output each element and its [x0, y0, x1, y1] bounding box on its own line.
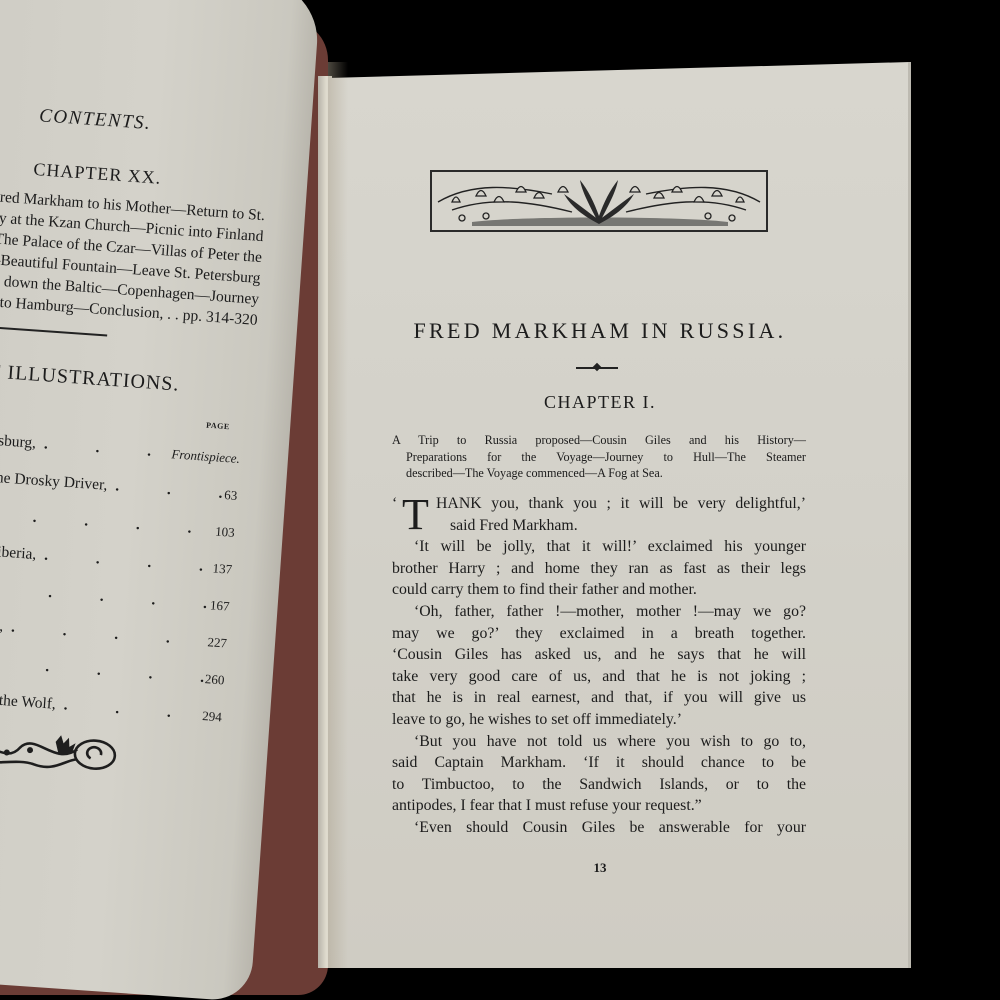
text-line: leave to go, he wishes to set off immedi… — [392, 709, 806, 731]
chapter-xx-heading: CHAPTER XX. — [33, 159, 162, 189]
text-line: could carry them to find their father an… — [392, 579, 806, 601]
text-line: may we go?’ they exclaimed in a breath t… — [392, 623, 806, 645]
text-line: ‘Oh, father, father !—mother, mother !—m… — [392, 601, 806, 623]
book-title: FRED MARKHAM IN RUSSIA. — [380, 318, 820, 344]
opening-quote: ‘ — [392, 493, 397, 515]
synopsis-line: described—The Voyage commenced—A Fog at … — [392, 465, 806, 482]
illustration-page: 167 — [210, 597, 231, 614]
chapter-heading: CHAPTER I. — [380, 392, 820, 413]
text-line: said Fred Markham. — [392, 515, 806, 537]
illustration-page: 294 — [202, 708, 223, 725]
synopsis-line: A Trip to Russia proposed—Cousin Giles a… — [392, 432, 806, 449]
illustration-page: 260 — [204, 671, 225, 688]
illustration-page: 103 — [215, 524, 236, 541]
page-number: 13 — [380, 860, 820, 876]
section-divider-rule — [0, 327, 107, 337]
page-edge — [908, 62, 911, 968]
drop-cap: T — [402, 495, 429, 535]
illustration-page: 137 — [212, 560, 233, 577]
text-line: HANK you, thank you ; it will be very de… — [392, 493, 806, 515]
illustrations-heading: IST OF ILLUSTRATIONS. — [0, 357, 180, 397]
text-line: ‘But you have not told us where you wish… — [392, 731, 806, 753]
text-line: ‘It will be jolly, that it will!’ exclai… — [392, 536, 806, 558]
illustration-title: eir way to Siberia, — [0, 538, 37, 564]
text-line: ‘Even should Cousin Giles be answerable … — [392, 817, 806, 839]
floral-headpiece-ornament-icon — [430, 170, 768, 232]
text-line: take very good care of us, and that he i… — [392, 666, 806, 688]
gutter-shadow — [328, 62, 348, 968]
chapter-body: ‘ T HANK you, thank you ; it will be ver… — [392, 493, 806, 839]
text-line: ‘Cousin Giles has asked us, and he says … — [392, 644, 806, 666]
illustration-title: at St. Petersburg, — [0, 427, 37, 452]
text-line: brother Harry ; and home they ran as fas… — [392, 558, 806, 580]
leader-dots: . . . . — [55, 696, 203, 724]
synopsis-line: Preparations for the Voyage—Journey to H… — [392, 449, 806, 466]
chapter-xx-synopsis: m Fred Markham to his Mother—Return to S… — [0, 183, 266, 331]
illustrations-list: at St. Petersburg, . . . Frontispiece. S… — [0, 408, 242, 725]
text-line: that he is in real earnest, and that, if… — [392, 687, 806, 709]
scroll-ornament-icon — [0, 720, 121, 782]
illustration-page: 227 — [207, 634, 228, 651]
illustration-page: 63 — [224, 487, 238, 504]
text-line: to Timbuctoo, to the Sandwich Islands, o… — [392, 774, 806, 796]
text-line: said Captain Markham. ‘If it should chan… — [392, 752, 806, 774]
illustration-title: y attacked by the Wolf, — [0, 686, 56, 714]
opening-paragraph: ‘ T HANK you, thank you ; it will be ver… — [392, 493, 806, 536]
contents-heading: CONTENTS. — [39, 105, 152, 135]
text-line: antipodes, I fear that I must refuse you… — [392, 795, 806, 817]
chapter-synopsis: A Trip to Russia proposed—Cousin Giles a… — [392, 432, 806, 482]
